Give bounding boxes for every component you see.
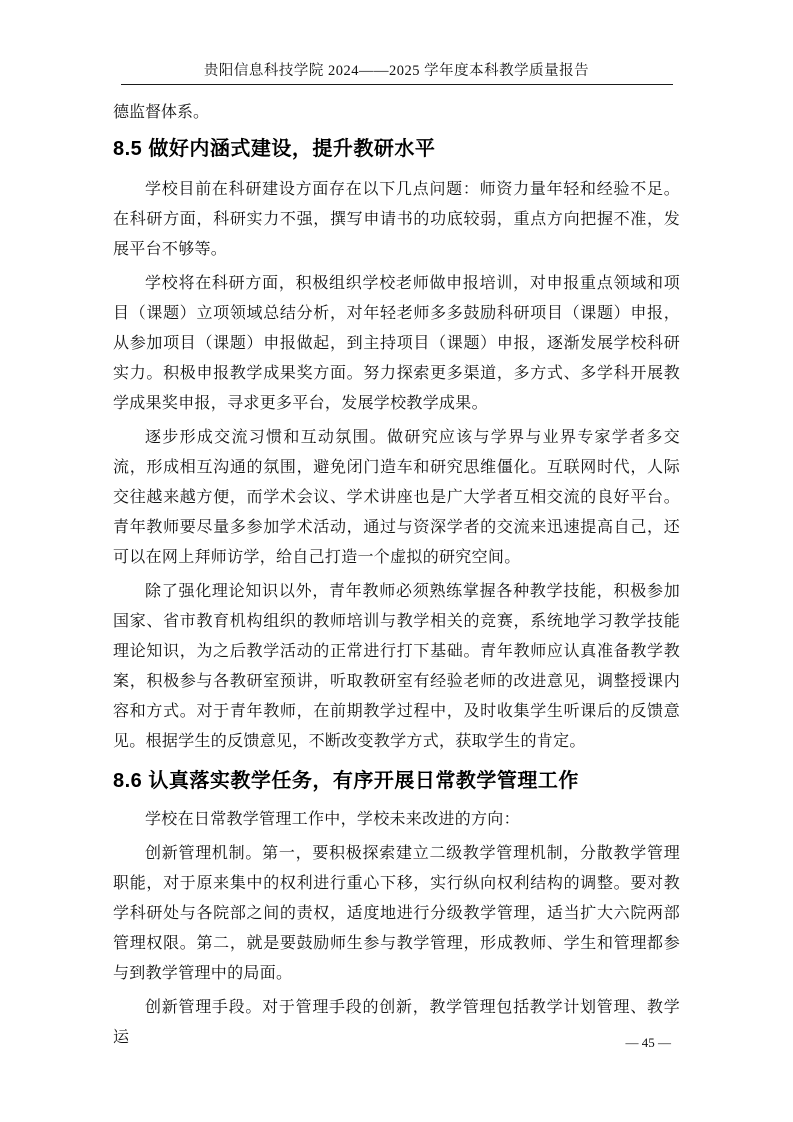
paragraph: 创新管理机制。第一，要积极探索建立二级教学管理机制，分散教学管理职能，对于原来集… — [113, 839, 680, 989]
carryover-paragraph: 德监督体系。 — [113, 98, 680, 128]
running-header-title: 贵阳信息科技学院 2024——2025 学年度本科教学质量报告 — [113, 61, 680, 81]
paragraph: 学校将在科研方面，积极组织学校老师做申报培训，对申报重点领域和项目（课题）立项领… — [113, 269, 680, 419]
header-rule — [121, 84, 673, 85]
paragraph: 创新管理手段。对于管理手段的创新，教学管理包括教学计划管理、教学运 — [113, 993, 680, 1053]
paragraph: 逐步形成交流习惯和互动氛围。做研究应该与学界与业界专家学者多交流，形成相互沟通的… — [113, 423, 680, 573]
section-heading-8-5: 8.5 做好内涵式建设，提升教研水平 — [113, 137, 680, 161]
paragraph: 学校目前在科研建设方面存在以下几点问题：师资力量年轻和经验不足。在科研方面，科研… — [113, 175, 680, 265]
page-number: — 45 — — [626, 1034, 672, 1052]
document-body: 德监督体系。 8.5 做好内涵式建设，提升教研水平 学校目前在科研建设方面存在以… — [113, 98, 680, 1057]
section-heading-8-6: 8.6 认真落实教学任务，有序开展日常教学管理工作 — [113, 769, 680, 793]
paragraph: 学校在日常教学管理工作中，学校未来改进的方向： — [113, 805, 680, 835]
paragraph: 除了强化理论知识以外，青年教师必须熟练掌握各种教学技能，积极参加国家、省市教育机… — [113, 577, 680, 757]
document-page: 贵阳信息科技学院 2024——2025 学年度本科教学质量报告 德监督体系。 8… — [0, 0, 793, 1122]
